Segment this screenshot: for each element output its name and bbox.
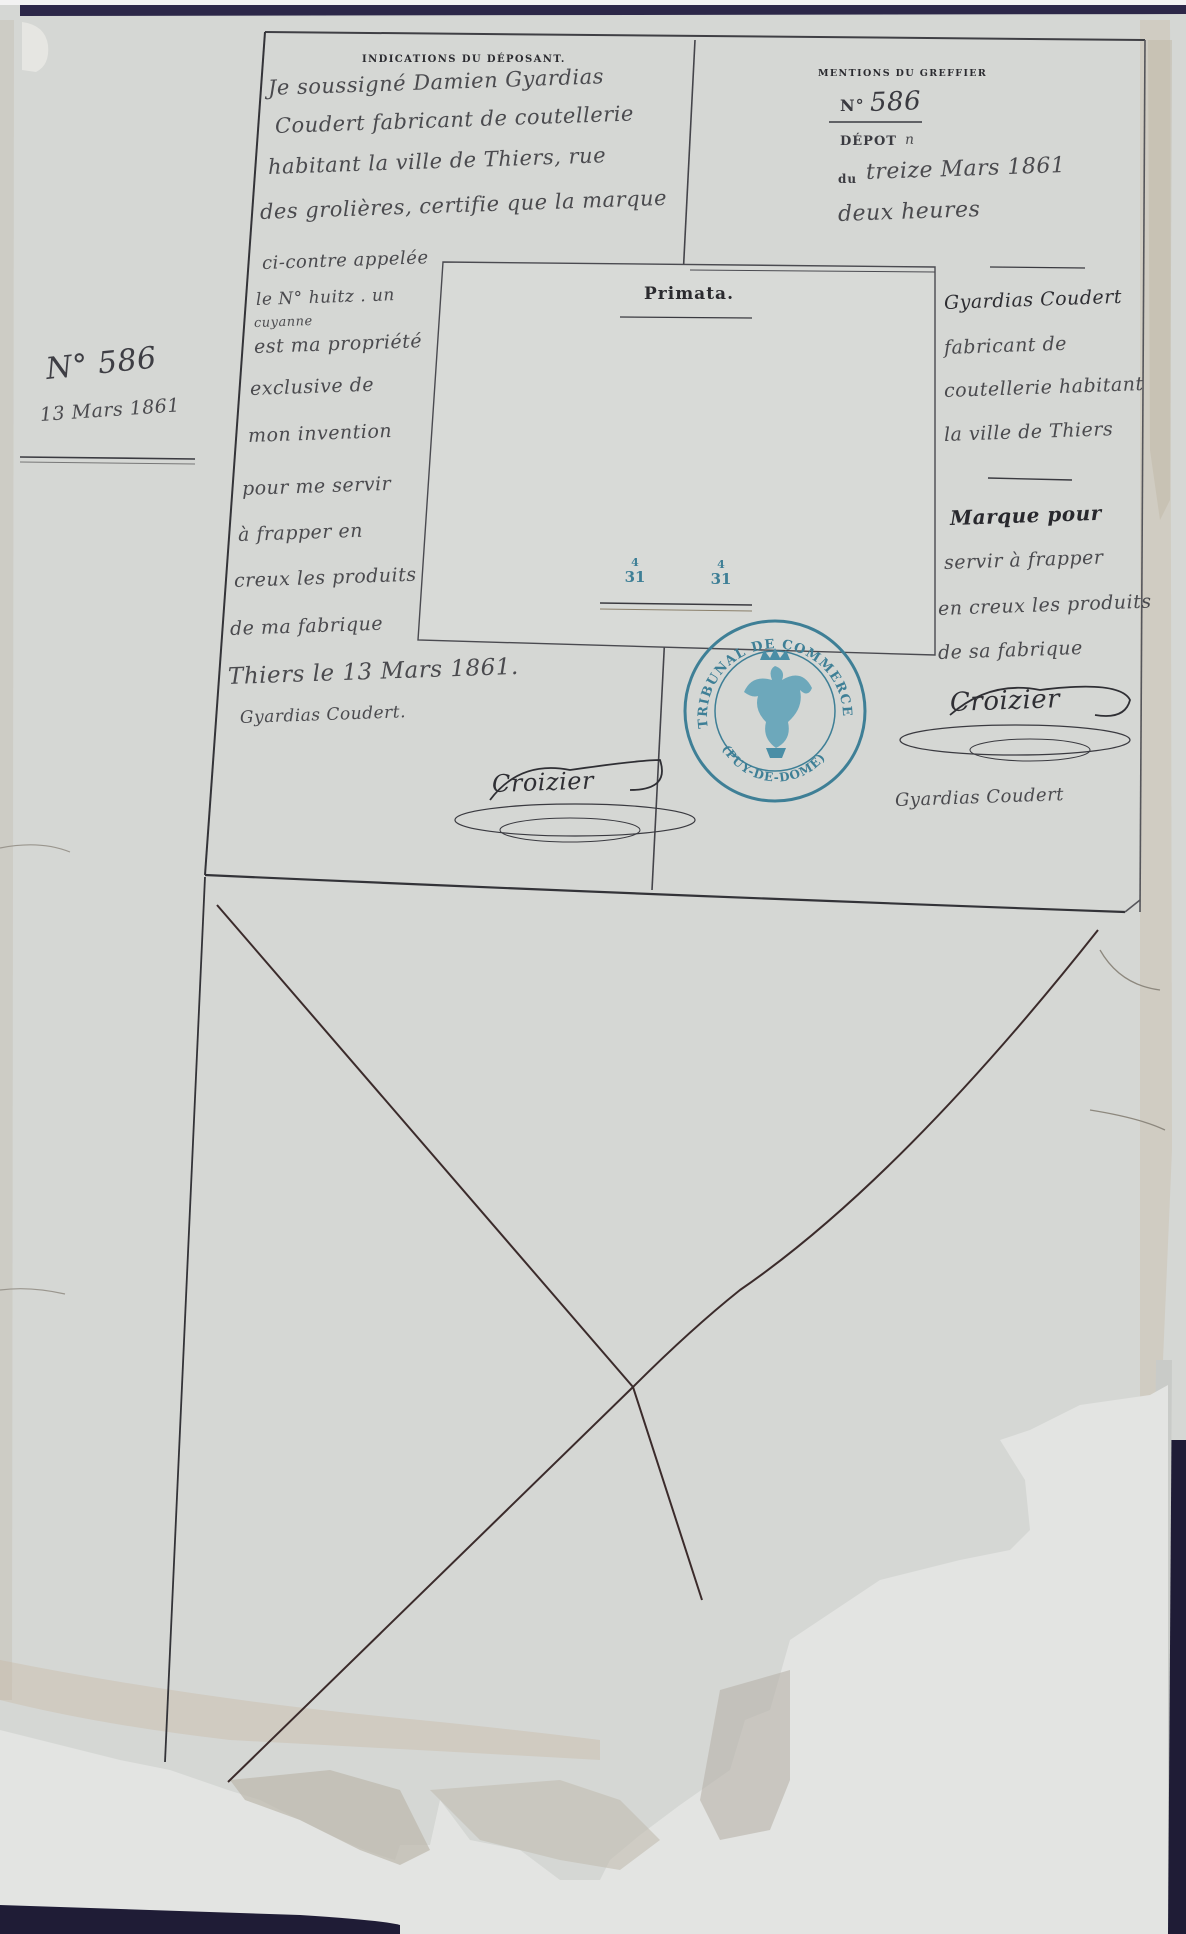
svg-text:TRIBUNAL DE COMMERCE DE THIERS: TRIBUNAL DE COMMERCE DE THIERS <box>682 618 854 729</box>
clerk-number-value: 586 <box>869 86 921 118</box>
clerk-signature-left: Croizier <box>492 766 595 798</box>
mark-stamp: 4 31 <box>622 555 648 585</box>
clerk-number-label: N° <box>840 96 865 115</box>
clerk-time-value: deux heures <box>838 197 981 227</box>
depositor-line: exclusive de <box>250 374 375 400</box>
seal-outer-text: TRIBUNAL DE COMMERCE DE THIERS <box>682 618 854 729</box>
depositor-line: cuyanne <box>254 314 313 331</box>
clerk-date-prefix: du <box>838 172 857 186</box>
clerk-depositor-line: fabricant de <box>944 333 1068 359</box>
court-seal: TRIBUNAL DE COMMERCE DE THIERS (PUY-DE-D… <box>682 618 868 804</box>
clerk-signature-right: Croizier <box>949 684 1060 718</box>
seal-bottom-text: (PUY-DE-DOME) <box>719 742 828 784</box>
mark-box-title: Primata. <box>644 284 734 304</box>
mark-stamp-bottom: 31 <box>708 572 734 587</box>
clerk-deposit-suffix: n <box>905 132 915 148</box>
clerk-heading: MENTIONS DU GREFFIER <box>818 68 987 79</box>
depositor-line: à frapper en <box>238 520 364 546</box>
mark-stamp-bottom: 31 <box>622 570 648 585</box>
court-seal-text: TRIBUNAL DE COMMERCE DE THIERS (PUY-DE-D… <box>682 618 868 804</box>
svg-text:(PUY-DE-DOME): (PUY-DE-DOME) <box>719 742 828 784</box>
mark-stamp: 4 31 <box>708 557 734 587</box>
depositor-heading: INDICATIONS DU DÉPOSANT. <box>362 54 566 65</box>
clerk-deposit-label: DÉPOT <box>840 134 897 149</box>
